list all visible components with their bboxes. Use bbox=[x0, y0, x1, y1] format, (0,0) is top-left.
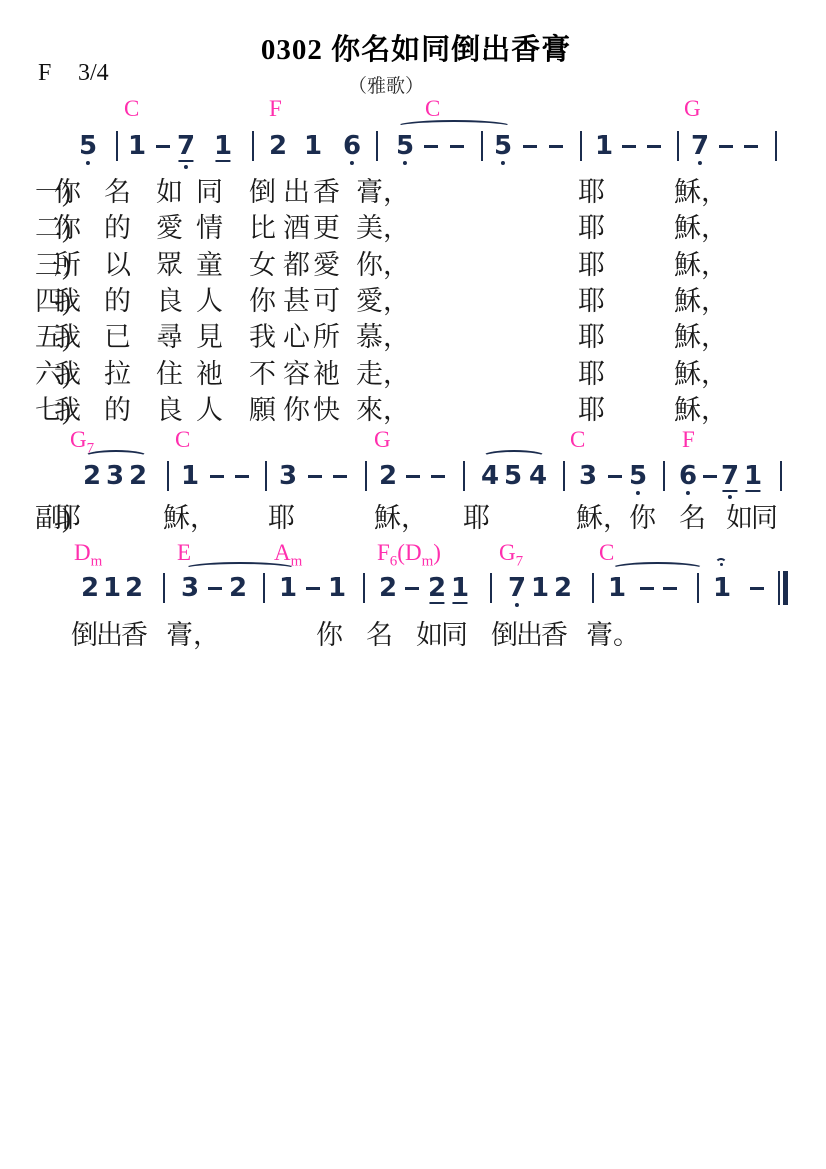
lyric-char: 出 bbox=[96, 620, 123, 650]
jianpu-note: 1 bbox=[531, 574, 549, 602]
jianpu-note: 1 bbox=[451, 574, 469, 602]
jianpu-note: 7 bbox=[508, 574, 526, 602]
jianpu-note: 1 bbox=[304, 132, 322, 160]
jianpu-note: 2 bbox=[129, 462, 147, 490]
key-signature: F bbox=[38, 60, 51, 87]
lyric-char: 倒 bbox=[71, 620, 98, 650]
jianpu-note: 3 bbox=[106, 462, 124, 490]
lyric-char: 同 bbox=[196, 177, 223, 207]
eighth-underline bbox=[179, 160, 194, 162]
barline bbox=[376, 131, 378, 161]
barline bbox=[677, 131, 679, 161]
lyric-char: 如 bbox=[416, 620, 443, 650]
lyric-char: 耶 bbox=[578, 359, 605, 389]
chord-label: C bbox=[175, 428, 190, 452]
lyric-char: 酒 bbox=[283, 213, 310, 243]
jianpu-note: 1 bbox=[214, 132, 232, 160]
lyric-char: 住 bbox=[156, 359, 183, 389]
lyric-char: 人 bbox=[196, 286, 223, 316]
lyric-char: 穌， bbox=[674, 359, 728, 389]
low-octave-dot bbox=[636, 491, 640, 495]
lyric-char: 耶 bbox=[578, 322, 605, 352]
chord-label: G bbox=[374, 428, 391, 452]
duration-dash bbox=[523, 145, 537, 148]
duration-dash bbox=[208, 587, 222, 590]
lyric-char: 穌， bbox=[674, 213, 728, 243]
barline bbox=[167, 461, 169, 491]
duration-dash bbox=[719, 145, 733, 148]
chord-label: Dm bbox=[74, 541, 102, 567]
lyric-char: 你 bbox=[249, 286, 276, 316]
chord-label: C bbox=[570, 428, 585, 452]
lyric-char: 甚 bbox=[283, 286, 310, 316]
jianpu-note: 3 bbox=[279, 462, 297, 490]
lyric-char: 名 bbox=[679, 503, 706, 533]
lyric-char: 以 bbox=[104, 250, 131, 280]
lyric-char: 心 bbox=[283, 322, 310, 352]
lyric-char: 你 bbox=[283, 395, 310, 425]
lyric-char: 祂 bbox=[196, 359, 223, 389]
chord-label: F6(Dm) bbox=[377, 541, 441, 567]
barline bbox=[563, 461, 565, 491]
lyric-char: 香 bbox=[121, 620, 148, 650]
barline bbox=[775, 131, 777, 161]
duration-dash bbox=[450, 145, 464, 148]
lyric-char: 膏。 bbox=[586, 620, 640, 650]
lyric-char: 穌， bbox=[163, 503, 217, 533]
lyric-char: 女 bbox=[249, 250, 276, 280]
lyric-char: 的 bbox=[104, 213, 131, 243]
low-octave-dot bbox=[403, 161, 407, 165]
low-octave-dot bbox=[350, 161, 354, 165]
chord-label: G bbox=[684, 97, 701, 121]
lyric-char: 願 bbox=[249, 395, 276, 425]
lyric-char: 耶 bbox=[578, 286, 605, 316]
lyric-char: 不 bbox=[249, 359, 276, 389]
barline bbox=[481, 131, 483, 161]
lyric-char: 拉 bbox=[104, 359, 131, 389]
jianpu-note: 7 bbox=[691, 132, 709, 160]
lyric-char: 香 bbox=[313, 177, 340, 207]
lyric-char: 如 bbox=[726, 503, 753, 533]
duration-dash bbox=[405, 587, 419, 590]
jianpu-note: 5 bbox=[396, 132, 414, 160]
lyric-char: 已 bbox=[104, 322, 131, 352]
lyric-char: 出 bbox=[283, 177, 310, 207]
jianpu-note: 2 bbox=[83, 462, 101, 490]
duration-dash bbox=[406, 475, 420, 478]
lyric-char: 我 bbox=[54, 359, 81, 389]
lyric-char: 良 bbox=[156, 395, 183, 425]
barline bbox=[263, 573, 265, 603]
lyric-char: 情 bbox=[196, 213, 223, 243]
lyric-char: 穌， bbox=[576, 503, 630, 533]
duration-dash bbox=[647, 145, 661, 148]
low-octave-dot bbox=[501, 161, 505, 165]
jianpu-note: 1 bbox=[595, 132, 613, 160]
lyric-char: 你 bbox=[54, 213, 81, 243]
slur-tie-arc bbox=[482, 450, 546, 463]
lyric-char: 你 bbox=[629, 503, 656, 533]
lyric-char: 的 bbox=[104, 286, 131, 316]
jianpu-note: 2 bbox=[428, 574, 446, 602]
lyric-char: 同 bbox=[751, 503, 778, 533]
lyric-char: 穌， bbox=[674, 250, 728, 280]
low-octave-dot bbox=[698, 161, 702, 165]
jianpu-note: 1 bbox=[279, 574, 297, 602]
lyric-char: 穌， bbox=[674, 177, 728, 207]
chord-label: F bbox=[682, 428, 695, 452]
duration-dash bbox=[235, 475, 249, 478]
jianpu-note: 4 bbox=[481, 462, 499, 490]
lyric-char: 耶 bbox=[54, 503, 81, 533]
sheet-music-page: 0302 你名如同倒出香膏 F 3/4 （雅歌） CFCG51712165517… bbox=[0, 0, 826, 1169]
lyric-char: 耶 bbox=[578, 177, 605, 207]
low-octave-dot bbox=[728, 495, 732, 499]
jianpu-note: 5 bbox=[79, 132, 97, 160]
slur-tie-arc bbox=[184, 562, 296, 575]
duration-dash bbox=[549, 145, 563, 148]
jianpu-note: 1 bbox=[713, 574, 731, 602]
lyric-char: 慕， bbox=[356, 322, 410, 352]
jianpu-note: 2 bbox=[229, 574, 247, 602]
time-signature: 3/4 bbox=[78, 60, 109, 87]
barline bbox=[592, 573, 594, 603]
song-subtitle: （雅歌） bbox=[348, 71, 424, 98]
lyric-char: 所 bbox=[54, 250, 81, 280]
slur-tie-arc bbox=[611, 562, 704, 575]
chord-label: C bbox=[599, 541, 614, 565]
final-barline-thin bbox=[778, 571, 780, 605]
lyric-char: 眾 bbox=[156, 250, 183, 280]
lyric-char: 美， bbox=[356, 213, 410, 243]
lyric-char: 名 bbox=[366, 620, 393, 650]
chord-label: F bbox=[269, 97, 282, 121]
jianpu-note: 2 bbox=[379, 574, 397, 602]
lyric-char: 同 bbox=[441, 620, 468, 650]
jianpu-note: 2 bbox=[269, 132, 287, 160]
lyric-char: 耶 bbox=[463, 503, 490, 533]
eighth-underline bbox=[216, 160, 231, 162]
lyric-char: 可 bbox=[313, 286, 340, 316]
lyric-char: 膏， bbox=[356, 177, 410, 207]
jianpu-note: 1 bbox=[181, 462, 199, 490]
jianpu-note: 3 bbox=[579, 462, 597, 490]
lyric-char: 出 bbox=[516, 620, 543, 650]
jianpu-note: 7 bbox=[721, 462, 739, 490]
lyric-char: 愛， bbox=[356, 286, 410, 316]
jianpu-note: 5 bbox=[504, 462, 522, 490]
lyric-char: 快 bbox=[313, 395, 340, 425]
lyric-char: 所 bbox=[313, 322, 340, 352]
barline bbox=[580, 131, 582, 161]
song-title: 0302 你名如同倒出香膏 bbox=[261, 27, 571, 68]
duration-dash bbox=[333, 475, 347, 478]
barline bbox=[490, 573, 492, 603]
jianpu-note: 2 bbox=[379, 462, 397, 490]
slur-tie-arc bbox=[84, 450, 148, 463]
lyric-char: 人 bbox=[196, 395, 223, 425]
duration-dash bbox=[306, 587, 320, 590]
barline bbox=[663, 461, 665, 491]
jianpu-note: 7 bbox=[177, 132, 195, 160]
eighth-underline bbox=[746, 490, 761, 492]
lyric-char: 容 bbox=[283, 359, 310, 389]
lyric-char: 愛 bbox=[156, 213, 183, 243]
lyric-char: 童 bbox=[196, 250, 223, 280]
chord-label: C bbox=[124, 97, 139, 121]
duration-dash bbox=[750, 587, 764, 590]
duration-dash bbox=[622, 145, 636, 148]
jianpu-note: 1 bbox=[128, 132, 146, 160]
eighth-underline bbox=[430, 602, 445, 604]
lyric-char: 穌， bbox=[674, 322, 728, 352]
lyric-char: 來， bbox=[356, 395, 410, 425]
chord-label: Am bbox=[274, 541, 302, 567]
barline bbox=[252, 131, 254, 161]
lyric-char: 膏， bbox=[166, 620, 220, 650]
lyric-char: 比 bbox=[249, 213, 276, 243]
eighth-underline bbox=[453, 602, 468, 604]
duration-dash bbox=[156, 145, 170, 148]
low-octave-dot bbox=[184, 165, 188, 169]
lyric-char: 名 bbox=[104, 177, 131, 207]
lyric-char: 更 bbox=[313, 213, 340, 243]
jianpu-note: 1 bbox=[103, 574, 121, 602]
low-octave-dot bbox=[86, 161, 90, 165]
low-octave-dot bbox=[515, 603, 519, 607]
jianpu-note: 1 bbox=[328, 574, 346, 602]
eighth-underline bbox=[723, 490, 738, 492]
fermata-icon bbox=[714, 558, 730, 570]
lyric-char: 見 bbox=[196, 322, 223, 352]
lyric-char: 穌， bbox=[374, 503, 428, 533]
duration-dash bbox=[744, 145, 758, 148]
duration-dash bbox=[608, 475, 622, 478]
chord-label: G7 bbox=[499, 541, 523, 567]
lyric-char: 耶 bbox=[578, 250, 605, 280]
jianpu-note: 2 bbox=[554, 574, 572, 602]
chord-label: G7 bbox=[70, 428, 94, 454]
jianpu-note: 3 bbox=[181, 574, 199, 602]
lyric-char: 耶 bbox=[578, 395, 605, 425]
slur-tie-arc bbox=[396, 120, 512, 133]
low-octave-dot bbox=[686, 491, 690, 495]
barline bbox=[163, 573, 165, 603]
duration-dash bbox=[640, 587, 654, 590]
jianpu-note: 2 bbox=[81, 574, 99, 602]
duration-dash bbox=[308, 475, 322, 478]
barline bbox=[697, 573, 699, 603]
lyric-char: 我 bbox=[54, 286, 81, 316]
chord-label: C bbox=[425, 97, 440, 121]
lyric-char: 我 bbox=[54, 322, 81, 352]
jianpu-note: 6 bbox=[679, 462, 697, 490]
lyric-char: 耶 bbox=[578, 213, 605, 243]
barline bbox=[463, 461, 465, 491]
duration-dash bbox=[703, 475, 717, 478]
duration-dash bbox=[424, 145, 438, 148]
final-barline-thick bbox=[783, 571, 788, 605]
lyric-char: 穌， bbox=[674, 395, 728, 425]
lyric-char: 你 bbox=[316, 620, 343, 650]
chord-label: E bbox=[177, 541, 191, 565]
barline bbox=[780, 461, 782, 491]
barline bbox=[116, 131, 118, 161]
lyric-char: 如 bbox=[156, 177, 183, 207]
lyric-char: 走， bbox=[356, 359, 410, 389]
duration-dash bbox=[210, 475, 224, 478]
jianpu-note: 6 bbox=[343, 132, 361, 160]
jianpu-note: 1 bbox=[608, 574, 626, 602]
jianpu-note: 1 bbox=[744, 462, 762, 490]
lyric-char: 你， bbox=[356, 250, 410, 280]
duration-dash bbox=[663, 587, 677, 590]
lyric-char: 都 bbox=[283, 250, 310, 280]
duration-dash bbox=[431, 475, 445, 478]
lyric-char: 的 bbox=[104, 395, 131, 425]
jianpu-note: 4 bbox=[529, 462, 547, 490]
lyric-char: 我 bbox=[54, 395, 81, 425]
lyric-char: 香 bbox=[541, 620, 568, 650]
lyric-char: 穌， bbox=[674, 286, 728, 316]
jianpu-note: 2 bbox=[125, 574, 143, 602]
lyric-char: 倒 bbox=[249, 177, 276, 207]
jianpu-note: 5 bbox=[494, 132, 512, 160]
lyric-char: 祂 bbox=[313, 359, 340, 389]
lyric-char: 耶 bbox=[268, 503, 295, 533]
lyric-char: 良 bbox=[156, 286, 183, 316]
jianpu-note: 5 bbox=[629, 462, 647, 490]
lyric-char: 倒 bbox=[491, 620, 518, 650]
barline bbox=[363, 573, 365, 603]
lyric-char: 尋 bbox=[156, 322, 183, 352]
barline bbox=[365, 461, 367, 491]
lyric-char: 你 bbox=[54, 177, 81, 207]
lyric-char: 我 bbox=[249, 322, 276, 352]
barline bbox=[265, 461, 267, 491]
lyric-char: 愛 bbox=[313, 250, 340, 280]
